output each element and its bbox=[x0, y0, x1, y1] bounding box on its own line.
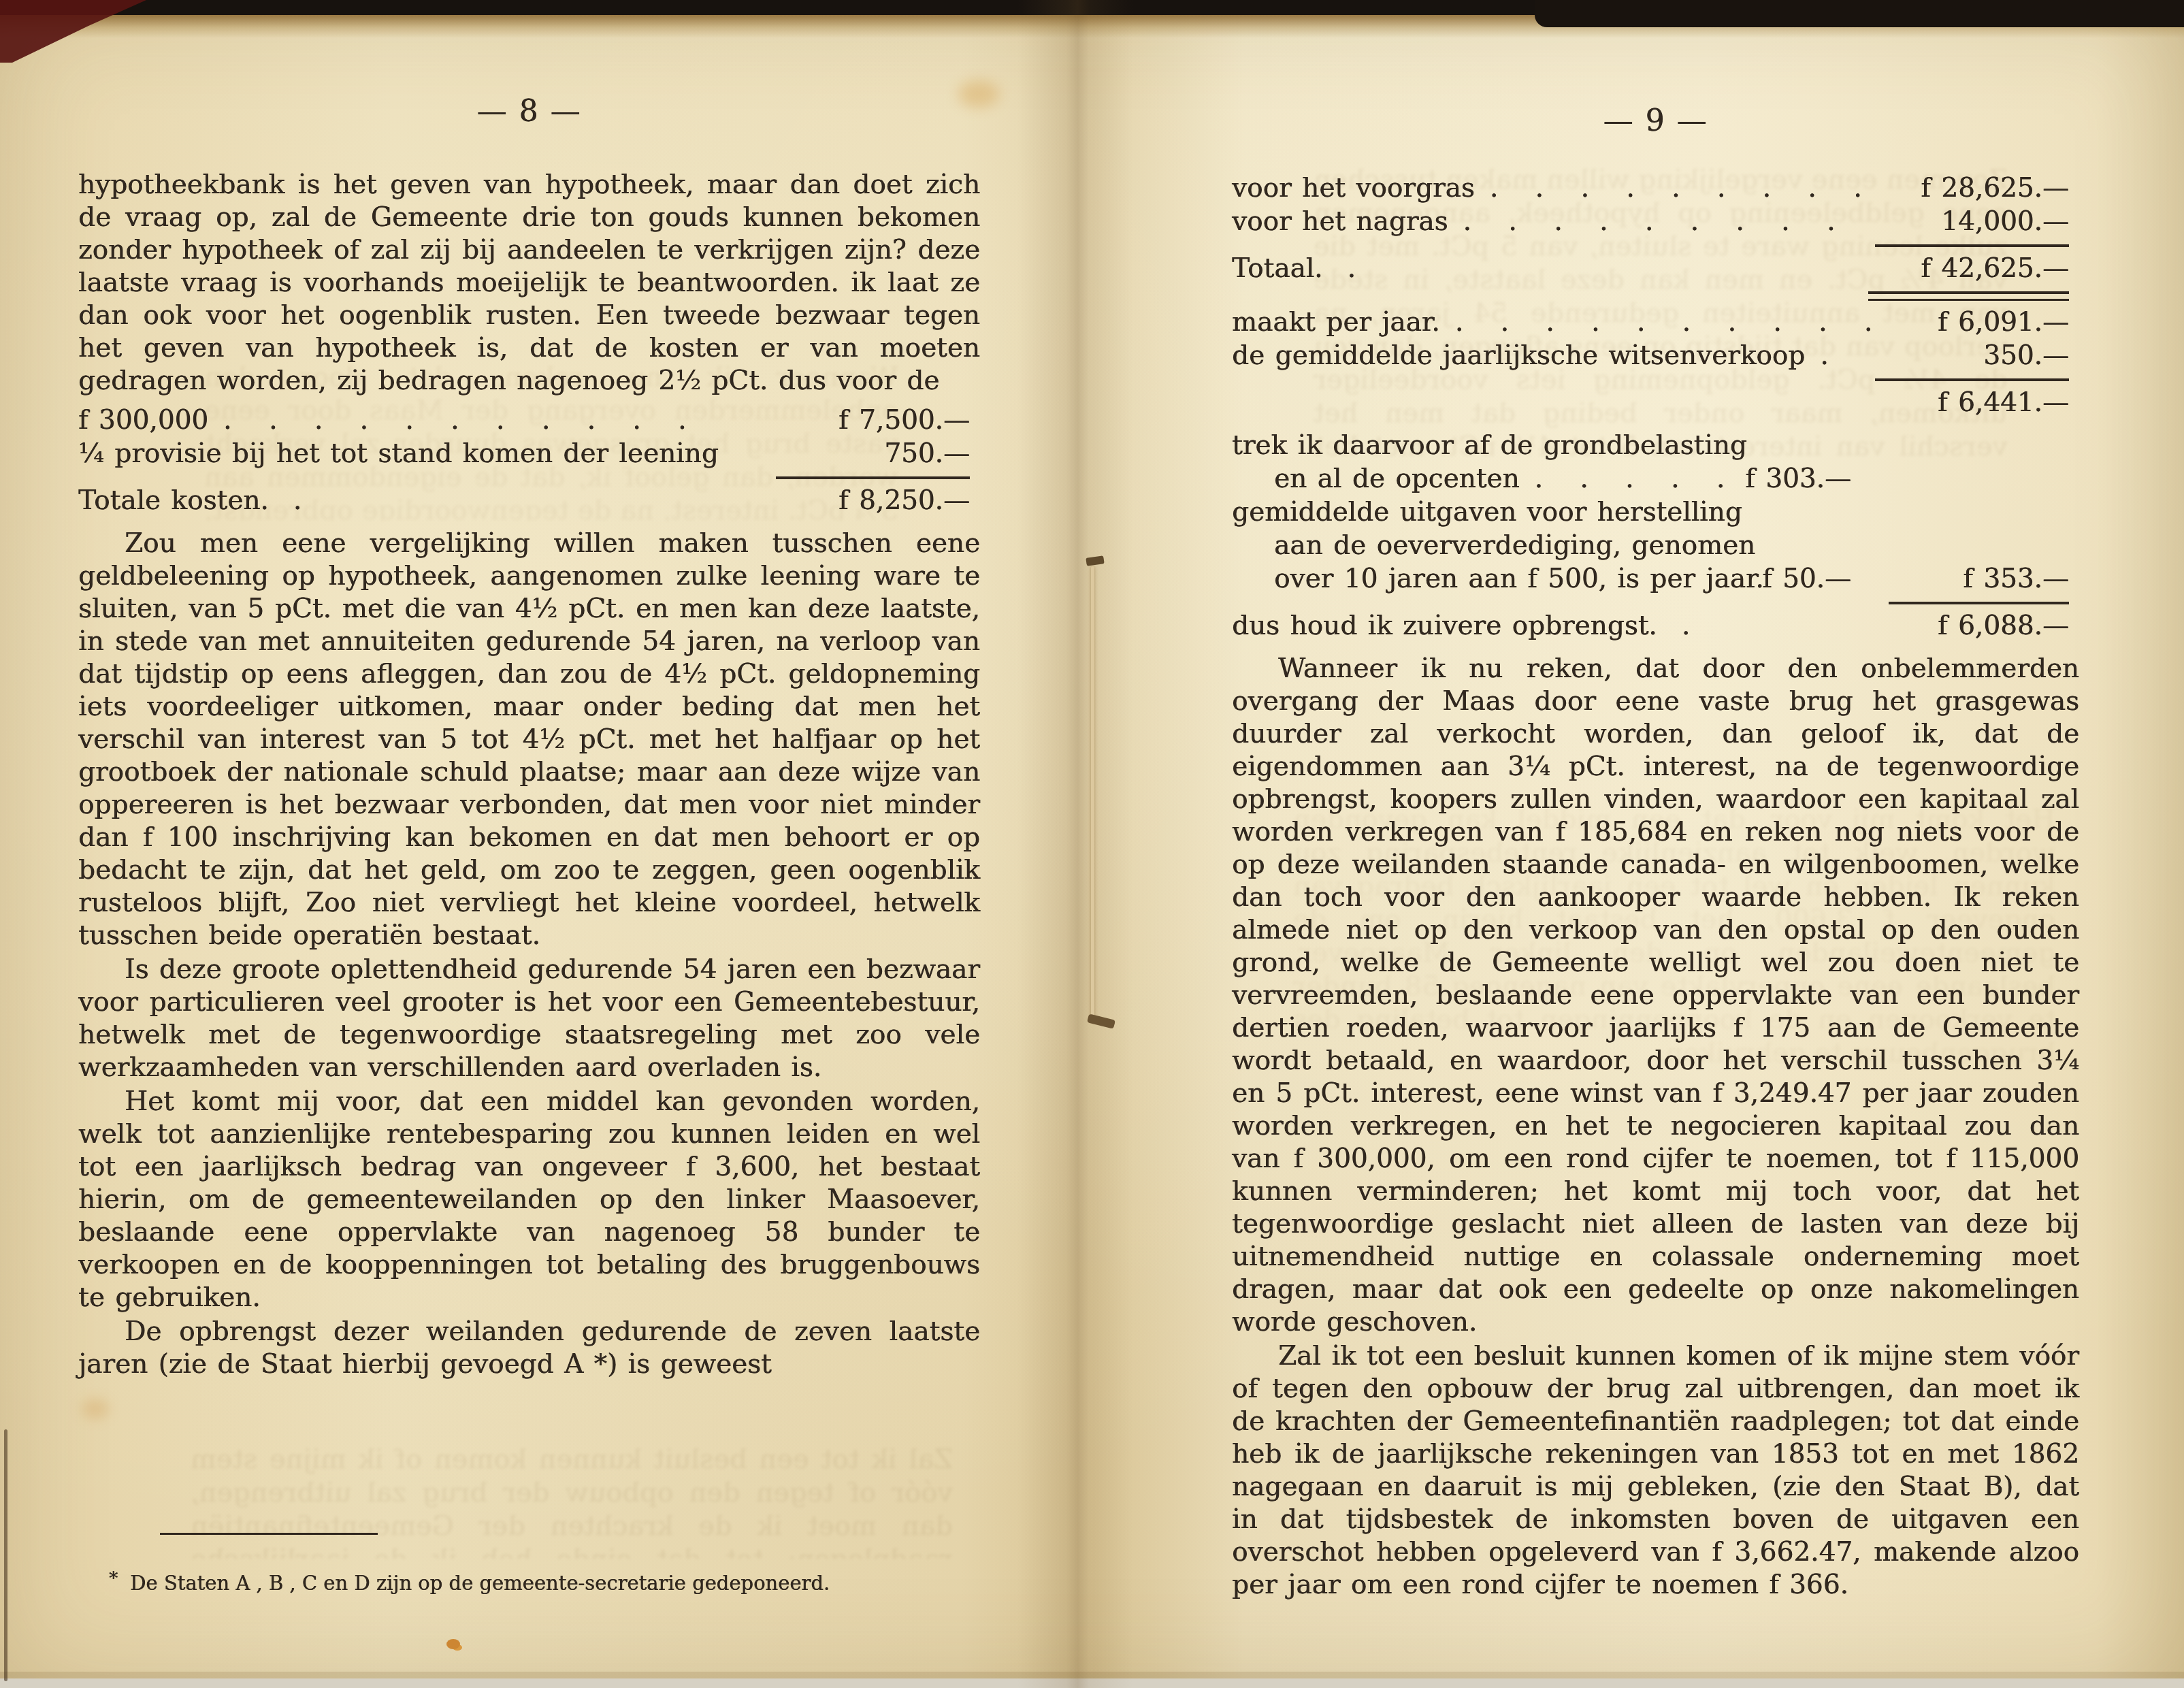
paragraph: Het komt mij voor, dat een middel kan ge… bbox=[78, 1086, 980, 1314]
cost-amount: 750.— bbox=[776, 438, 980, 470]
paragraph: Zou men eene vergelijking willen maken t… bbox=[78, 527, 980, 952]
total-amount: f 8,250.— bbox=[776, 485, 980, 517]
paragraph: Wanneer ik nu reken, dat door den onbele… bbox=[1232, 653, 2079, 1339]
binding-thread bbox=[1091, 566, 1094, 1021]
dot-leader: . . . . . . . . . bbox=[1463, 206, 1846, 238]
deduction-inner-amount: f 50.— bbox=[1701, 563, 1851, 596]
sum-rule bbox=[1875, 244, 2069, 247]
total-label: Totale kosten. bbox=[78, 485, 269, 517]
cost-label: f 300,000 bbox=[78, 404, 208, 437]
dot-leader: . bbox=[293, 485, 312, 517]
dot-leader: . . . . . . . . . . bbox=[1455, 306, 1875, 339]
subtotal-amount: f 6,441.— bbox=[1875, 387, 2079, 419]
total-amount: f 42,625.— bbox=[1875, 253, 2079, 285]
net-label: dus houd ik zuivere opbrengst. bbox=[1232, 610, 1657, 643]
cost-table: f 300,000 . . . . . . . . . . . f 7,500.… bbox=[78, 404, 980, 518]
deduction-label: en al de opcenten bbox=[1232, 463, 1520, 496]
dot-leader: . bbox=[1820, 340, 1839, 372]
cost-line: f 300,000 . . . . . . . . . . . f 7,500.… bbox=[78, 404, 980, 438]
subtotal-line: f 6,441.— bbox=[1232, 387, 2079, 420]
revenue-amount: f 28,625.— bbox=[1875, 172, 2079, 205]
deduction-line: aan de oeververdediging, genomen bbox=[1232, 530, 2079, 563]
book-left-edge bbox=[4, 1429, 7, 1681]
deduction-label: aan de oeververdediging, genomen bbox=[1232, 530, 1755, 562]
deduction-label: over 10 jaren aan f 500, is per jaar. bbox=[1232, 563, 1764, 596]
revenue-label: voor het nagras bbox=[1232, 206, 1448, 238]
footnote: *De Staten A , B , C en D zijn op de gem… bbox=[109, 1571, 980, 1597]
dot-leader: . . . . . . . . . . . bbox=[223, 404, 697, 437]
cost-amount: f 7,500.— bbox=[776, 404, 980, 437]
witsen-label: de gemiddelde jaarlijksche witsenverkoop bbox=[1232, 340, 1805, 372]
revenue-label: voor het voorgras bbox=[1232, 172, 1475, 205]
page-number-right: — 9 — bbox=[1232, 103, 2079, 138]
per-year-line: maakt per jaar. . . . . . . . . . . f 6,… bbox=[1232, 306, 2079, 340]
ink-stain bbox=[446, 1639, 460, 1649]
witsen-line: de gemiddelde jaarlijksche witsenverkoop… bbox=[1232, 340, 2079, 373]
total-label: Totaal. bbox=[1232, 253, 1323, 285]
deduction-label: trek ik daarvoor af de grondbelasting bbox=[1232, 429, 1747, 462]
footnote-marker: * bbox=[109, 1569, 118, 1589]
footnote-text: De Staten A , B , C en D zijn op de geme… bbox=[130, 1572, 830, 1595]
sum-rule bbox=[776, 476, 970, 479]
paragraph: Zal ik tot een besluit kunnen komen of i… bbox=[1232, 1340, 2079, 1602]
paragraph: Is deze groote oplettendheid gedurende 5… bbox=[78, 954, 980, 1084]
deduction-label: gemiddelde uitgaven voor herstelling bbox=[1232, 496, 1742, 529]
dot-leader: . bbox=[1682, 610, 1701, 643]
deduction-line: gemiddelde uitgaven voor herstelling bbox=[1232, 496, 2079, 530]
paragraph: hypotheekbank is het geven van hypotheek… bbox=[78, 169, 980, 397]
cost-label: ¼ provisie bij het tot stand komen der l… bbox=[78, 438, 719, 470]
book-top-right-edge bbox=[1535, 0, 2184, 27]
deduction-table: trek ik daarvoor af de grondbelasting en… bbox=[1232, 429, 2079, 643]
foxing-stain bbox=[82, 1399, 109, 1419]
bleed-through-text: Zal ik tot een besluit kunnen komen of i… bbox=[191, 1443, 953, 1559]
dot-leader: . . . . . . . . . bbox=[1490, 172, 1873, 205]
deduction-outer-amount: f 353.— bbox=[1875, 563, 2079, 596]
double-rule bbox=[1868, 291, 2069, 301]
right-page-text-column: voor het voorgras . . . . . . . . . f 28… bbox=[1232, 165, 2079, 1602]
footnote-rule bbox=[160, 1533, 378, 1535]
sum-rule bbox=[1889, 602, 2069, 604]
net-amount: f 6,088.— bbox=[1875, 610, 2079, 643]
per-year-label: maakt per jaar. bbox=[1232, 306, 1440, 339]
per-year-amount: f 6,091.— bbox=[1875, 306, 2079, 339]
deduction-line: en al de opcenten . . . . . f 303.— bbox=[1232, 463, 2079, 496]
left-page-text-column: hypotheekbank is het geven van hypotheek… bbox=[78, 169, 980, 1381]
total-line: Totale kosten. . f 8,250.— bbox=[78, 485, 980, 518]
page-number-left: — 8 — bbox=[78, 94, 980, 129]
dot-leader: . bbox=[1348, 253, 1367, 285]
cost-line: ¼ provisie bij het tot stand komen der l… bbox=[78, 438, 980, 471]
deduction-inner-amount: f 303.— bbox=[1701, 463, 1851, 496]
revenue-line: voor het nagras . . . . . . . . . 14,000… bbox=[1232, 206, 2079, 239]
paragraph: De opbrengst dezer weilanden gedurende d… bbox=[78, 1316, 980, 1381]
revenue-amount: 14,000.— bbox=[1875, 206, 2079, 238]
witsen-amount: 350.— bbox=[1875, 340, 2079, 372]
net-line: dus houd ik zuivere opbrengst. . f 6,088… bbox=[1232, 610, 2079, 643]
total-line: Totaal. . f 42,625.— bbox=[1232, 253, 2079, 286]
book-scan: Wanneer ik nu reken, dat door den onbele… bbox=[0, 0, 2184, 1688]
revenue-table: voor het voorgras . . . . . . . . . f 28… bbox=[1232, 172, 2079, 420]
deduction-line: over 10 jaren aan f 500, is per jaar. f … bbox=[1232, 563, 2079, 596]
page-gutter bbox=[1017, 0, 1133, 1688]
sum-rule bbox=[1875, 378, 2069, 381]
revenue-line: voor het voorgras . . . . . . . . . f 28… bbox=[1232, 172, 2079, 206]
deduction-line: trek ik daarvoor af de grondbelasting bbox=[1232, 429, 2079, 463]
